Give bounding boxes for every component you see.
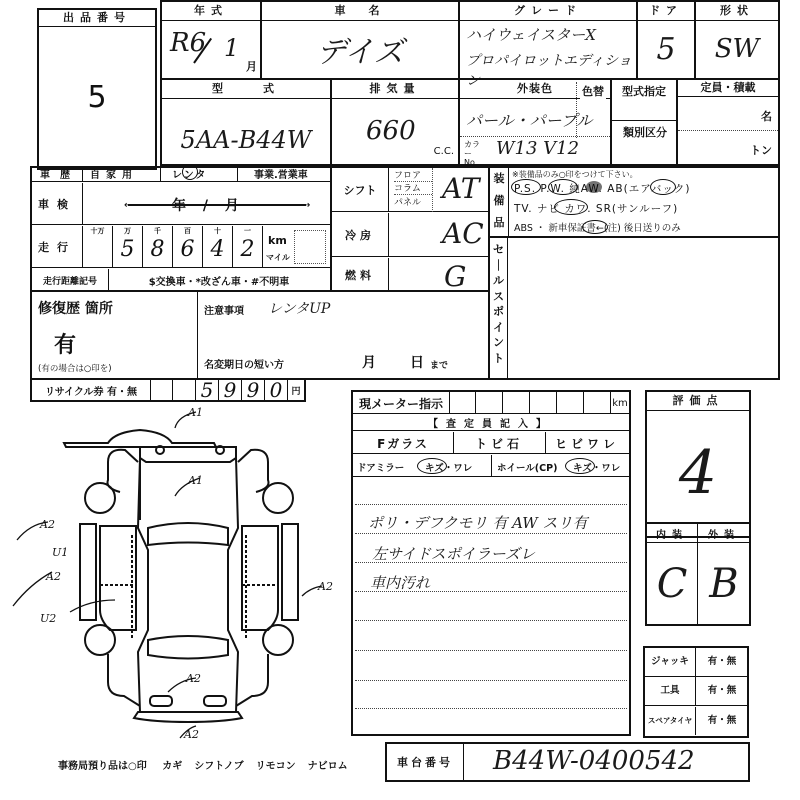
mileage-code-label: 走行距離記号 (32, 269, 109, 291)
year-month: 1 (224, 34, 239, 62)
equipment-box: 装備品 ※装備品のみ○印をつけて下さい。 P.S. P.W. 純AW. AB(エ… (488, 166, 780, 238)
mark-right-side: A2 (317, 580, 333, 593)
name-change-label: 名変期日の短い方 (204, 356, 284, 371)
displacement-cell: 排気量 660 C.C. (332, 80, 460, 164)
lot-number-label: 出品番号 (39, 10, 155, 27)
mileage-digit-cell: 千8 (143, 226, 173, 268)
grade-cell: グレード ハイウェイスターX プロパイロットエディション (460, 2, 638, 78)
mileage-digit-cell: 一2 (233, 226, 263, 268)
glass-opt-crack[interactable]: ヒビワレ (545, 432, 629, 454)
equipment-note: ※装備品のみ○印をつけて下さい。 (512, 169, 638, 180)
accessory-options[interactable]: 有・無 (697, 648, 747, 676)
mileage-place-label: 一 (233, 226, 262, 236)
mark-left-door-rear: A2 (45, 570, 61, 583)
capacity-cell: 定員・積載 名 トン (678, 80, 778, 164)
grade-label: グレード (460, 2, 636, 21)
ac-row: 冷房 AC (332, 213, 488, 257)
comment-line-3: 車内汚れ (370, 572, 430, 593)
inspector-label: 【査定員記入】 (353, 415, 629, 431)
mileage-digit: 5 (113, 236, 142, 264)
category-label: 類別区分 (612, 124, 678, 140)
accessory-options[interactable]: 有・無 (697, 677, 747, 705)
displacement-unit: C.C. (434, 146, 454, 157)
ac-value: AC (442, 217, 484, 250)
circle-pw (548, 179, 578, 195)
circle-navi (554, 199, 588, 215)
persons-unit: 名 (761, 108, 772, 124)
accessory-row: ジャッキ有・無 (645, 648, 747, 677)
mirror-wheel-row: ドアミラー キズ・ワレ ホイール(CP) キズ・ワレ (353, 455, 629, 477)
exterior-label: 外装 (699, 526, 749, 541)
meter-digit-box[interactable] (476, 392, 503, 414)
year-cell: 年式 R6 1 月 (162, 2, 262, 78)
recycle-digit: 9 (242, 380, 265, 400)
type-designation-cell: 型式指定 類別区分 (612, 80, 678, 164)
body-type-value: SW (696, 21, 778, 77)
capacity-label: 定員・積載 (678, 80, 778, 97)
exterior-value: B (699, 544, 749, 624)
mark-trunk: A2 (185, 672, 201, 685)
month-unit: 月 (246, 58, 257, 74)
mileage-code-row: 走行距離記号 $交換車・*改ざん車・#不明車 (32, 269, 330, 291)
ton-unit: トン (750, 142, 772, 158)
name-change-month: 月 (362, 352, 376, 372)
shift-option-floor: フロア (394, 168, 432, 182)
history-label: 車歴 (40, 166, 80, 181)
circle-ps (511, 179, 541, 195)
score-value: 4 (647, 411, 749, 535)
circle-warranty (582, 220, 608, 234)
mileage-digit-cell: 十4 (203, 226, 233, 268)
meter-digit-box[interactable] (584, 392, 611, 414)
history-business[interactable]: 事業.営業車 (254, 166, 308, 181)
color-no-label: カラーNo. (464, 140, 484, 167)
meter-digit-box[interactable] (503, 392, 530, 414)
recycle-digit: 9 (219, 380, 242, 400)
mileage-row: 走行 十万万5千8百6十4一2 km マイル (32, 226, 330, 268)
glass-row: Fガラス トビ石 ヒビワレ (353, 432, 629, 454)
mileage-digit: 8 (143, 236, 172, 264)
ac-label: 冷房 (332, 213, 389, 257)
exterior-color-value: パール・パープル (466, 108, 592, 131)
office-item: シフトノブ (194, 761, 243, 772)
car-name-value: デイズ (262, 21, 458, 77)
name-change-day: 日 (410, 352, 424, 372)
recycle-row: リサイクル券 有・無 5990 円 (30, 378, 306, 402)
repair-history-value: 有 (54, 328, 76, 359)
accessories-table: ジャッキ有・無工具有・無スペアタイヤ有・無 (643, 646, 749, 738)
fuel-label: 燃料 (332, 258, 389, 292)
history-private[interactable]: 自家用 (90, 166, 138, 181)
body-type-label: 形状 (696, 2, 778, 21)
office-item: リモコン (256, 761, 296, 772)
year-label: 年式 (162, 2, 260, 21)
mileage-unit-mile: マイル (266, 252, 290, 263)
recycle-digits: 5990 (150, 380, 288, 400)
history-row: 車歴 自家用 レンタ 事業.営業車 (32, 168, 330, 182)
recycle-digit: 5 (196, 380, 219, 400)
office-item: カギ (162, 761, 182, 772)
name-change-suffix: まで (430, 358, 448, 371)
mark-left-rear: U2 (40, 612, 56, 625)
mark-left-door-front: U1 (52, 546, 68, 559)
fuel-value: G (444, 260, 466, 293)
chassis-label: 車台番号 (387, 744, 464, 780)
mileage-digit-cell: 十万 (83, 226, 113, 268)
meter-row: 現メーター指示 km (353, 392, 629, 414)
color-change-label: 色替 (580, 81, 606, 101)
interior-value: C (647, 544, 697, 624)
doors-label: ドア (638, 2, 694, 21)
shift-label: シフト (332, 168, 389, 212)
mileage-digit-cell: 万5 (113, 226, 143, 268)
score-cell: 評価点 4 (645, 390, 751, 538)
meter-label: 現メーター指示 (353, 392, 450, 414)
mileage-place-label: 百 (173, 226, 202, 236)
color-no-value: W13 V12 (496, 138, 579, 159)
mileage-place-label: 十 (203, 226, 232, 236)
recycle-unit: 円 (287, 380, 304, 400)
comment-line-1: ポリ・デフクモリ 有 AW スリ有 (368, 512, 588, 533)
mileage-digit: 4 (203, 236, 232, 264)
mileage-place-label: 万 (113, 226, 142, 236)
wheel-label: ホイール(CP) (497, 460, 557, 474)
body-type-cell: 形状 SW (696, 2, 778, 78)
mirror-label: ドアミラー (357, 460, 404, 474)
mark-hood: A1 (187, 474, 203, 487)
lot-number-box: 出品番号 5 (37, 8, 157, 170)
accessory-row: 工具有・無 (645, 677, 747, 706)
doors-value: 5 (638, 21, 694, 77)
mileage-digit: 2 (233, 236, 262, 264)
fuel-row: 燃料 G (332, 258, 488, 292)
inspection-label: 車検 (32, 183, 83, 225)
model-value: 5AA-B44W (162, 99, 330, 163)
rental-circle (182, 164, 198, 180)
office-items-label: 事務局預り品は○印 (58, 761, 147, 772)
mileage-label: 走行 (32, 226, 83, 268)
mileage-place-label: 十万 (83, 226, 112, 236)
meter-digit-box[interactable] (449, 392, 476, 414)
accessory-label: 工具 (645, 677, 696, 705)
score-label: 評価点 (647, 392, 749, 411)
meter-digit-box[interactable] (530, 392, 557, 414)
accessory-options[interactable]: 有・無 (697, 707, 747, 735)
displacement-value: 660 (366, 116, 416, 146)
repair-history-note: (有の場合は○印を) (38, 362, 112, 374)
notes-cell: 注意事項 レンタUP 名変期日の短い方 月 日 まで (198, 292, 488, 378)
glass-opt-chip[interactable]: トビ石 (453, 432, 546, 454)
accessory-label: スペアタイヤ (645, 707, 696, 735)
sales-point-label: セ｜ルスポイント (490, 238, 508, 378)
car-name-cell: 車 名 デイズ (262, 2, 460, 78)
wheel-scratch-circle (565, 458, 595, 474)
model-cell: 型 式 5AA-B44W (162, 80, 332, 164)
office-items: 事務局預り品は○印 カギシフトノブリモコンナビロム (58, 757, 348, 772)
meter-digit-box[interactable] (557, 392, 584, 414)
mileage-digit: 6 (173, 236, 202, 264)
shift-option-column: コラム (394, 181, 432, 195)
office-item: ナビロム (308, 761, 348, 772)
int-ext-cell: 内装 外装 C B (645, 522, 751, 626)
grade-line1: ハイウェイスターX (466, 24, 596, 45)
car-diagram: A1 A1 A2 U1 A2 U2 A2 A2 A2 (0, 400, 340, 740)
mark-left-front: A2 (39, 518, 55, 531)
model-label: 型 式 (162, 80, 330, 99)
accessory-row: スペアタイヤ有・無 (645, 707, 747, 736)
repair-history-label: 修復歴 箇所 (38, 298, 113, 318)
circle-aw (586, 181, 602, 193)
shift-option-panel: パネル (394, 195, 432, 208)
mark-rear: A2 (183, 728, 199, 741)
recycle-label: リサイクル券 有・無 (32, 380, 151, 400)
inspection-value: 年 / 月 (172, 195, 239, 215)
mileage-digit-cell: 百6 (173, 226, 203, 268)
recycle-digit: 0 (265, 380, 288, 400)
interior-label: 内装 (647, 526, 697, 541)
equipment-label: 装備品 (490, 168, 509, 236)
type-designation-label: 型式指定 (612, 80, 676, 99)
circle-ab (650, 179, 676, 195)
shift-value: AT (442, 172, 479, 205)
displacement-label: 排気量 (332, 80, 458, 99)
mileage-digits: 十万万5千8百6十4一2 (83, 226, 263, 268)
chassis-box: 車台番号 B44W-0400542 (385, 742, 750, 782)
notes-label: 注意事項 (204, 302, 244, 317)
recycle-digit (173, 380, 196, 400)
mileage-unit-km: km (268, 234, 287, 247)
repair-history-cell: 修復歴 箇所 有 (有の場合は○印を) (32, 292, 198, 378)
lot-number-value: 5 (39, 27, 155, 167)
mark-front: A1 (187, 406, 203, 419)
notes-value: レンタUP (268, 298, 330, 318)
meter-unit: km (610, 392, 629, 414)
inspection-row: 車検 → ← 年 / 月 (32, 183, 330, 225)
glass-label: Fガラス (353, 432, 454, 454)
chassis-value: B44W-0400542 (493, 746, 695, 776)
car-name-label: 車 名 (262, 2, 458, 21)
sales-point-box: セ｜ルスポイント (488, 236, 780, 380)
mirror-scratch-circle (417, 458, 447, 474)
doors-cell: ドア 5 (638, 2, 696, 78)
recycle-digit (150, 380, 173, 400)
equipment-line2: TV. ナビ カワ. SR(サンルーフ) (514, 201, 678, 216)
mileage-place-label: 千 (143, 226, 172, 236)
mileage-code-options: $交換車・*改ざん車・#不明車 (110, 269, 328, 291)
shift-row: シフト フロア コラム パネル AT (332, 168, 488, 212)
comment-line-2: 左サイドスポイラーズレ (372, 543, 535, 564)
accessory-label: ジャッキ (645, 648, 696, 676)
